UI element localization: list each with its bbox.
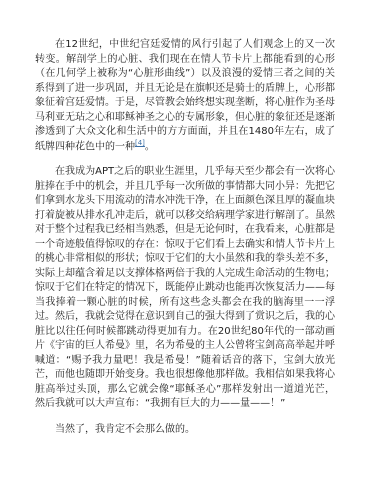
document-page: 在12世纪，中世纪宫廷爱情的风行引起了人们观念上的又一次转变。解剖学上的心脏、我… xyxy=(0,0,370,480)
paragraph-3: 当然了，我肯定不会那么做的。 xyxy=(35,423,335,438)
paragraph-1-text: 在12世纪，中世纪宫廷爱情的风行引起了人们观念上的又一次转变。解剖学上的心脏、我… xyxy=(35,39,335,152)
footnote-link-4[interactable]: [4] xyxy=(135,139,145,147)
paragraph-1: 在12世纪，中世纪宫廷爱情的风行引起了人们观念上的又一次转变。解剖学上的心脏、我… xyxy=(35,38,335,154)
paragraph-1-text-end: 。 xyxy=(145,141,155,152)
paragraph-2: 在我成为APT之后的职业生涯里，几乎每天至少都会有一次将心脏捧在手中的机会，并且… xyxy=(35,165,335,412)
